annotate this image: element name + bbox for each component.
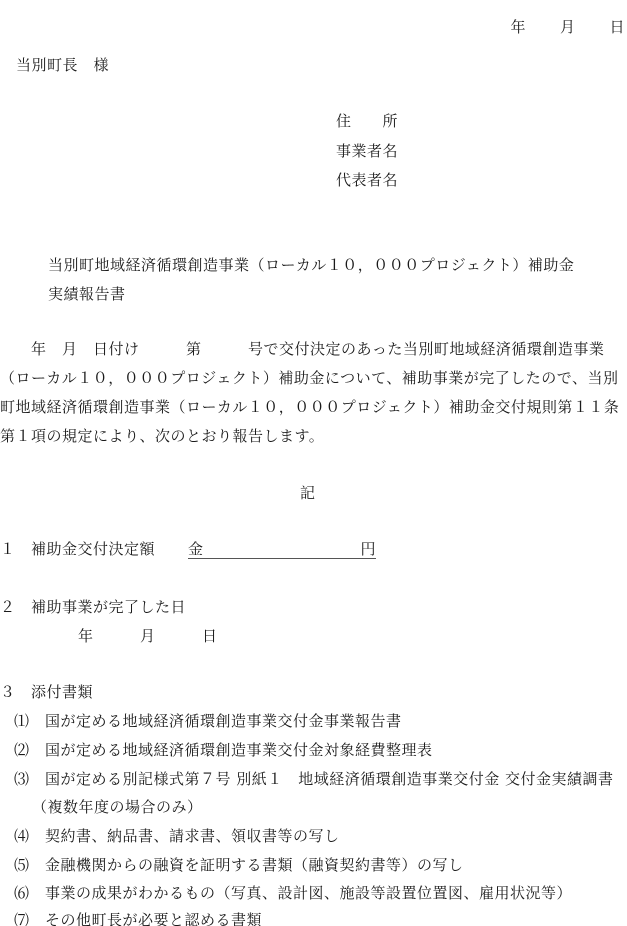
item1-label: １ 補助金交付決定額 [0, 540, 155, 558]
attachment-3-note: （複数年度の場合のみ） [32, 798, 203, 816]
address-label: 住 所 [336, 112, 398, 130]
completion-date: 年 月 日 [78, 627, 218, 645]
document-title-line2: 実績報告書 [48, 285, 126, 303]
body-line-2: （ローカル１０，０００プロジェクト）補助金について、補助事業が完了したので、当別 [0, 369, 619, 387]
body-line-3: 町地域経済循環創造事業（ローカル１０，０００プロジェクト）補助金交付規則第１１条 [0, 398, 619, 416]
date-year: 年 [510, 18, 526, 36]
date-month: 月 [560, 18, 576, 36]
attachment-5: ⑸ 金融機関からの融資を証明する書類（融資契約書等）の写し [14, 856, 464, 874]
document-title: 当別町地域経済循環創造事業（ローカル１０，０００プロジェクト）補助金 [48, 256, 574, 274]
yen-suffix: 円 [360, 540, 376, 558]
attachment-1: ⑴ 国が定める地域経済循環創造事業交付金事業報告書 [14, 712, 402, 730]
item2-label: ２ 補助事業が完了した日 [0, 598, 186, 616]
body-line-4: 第１項の規定により、次のとおり報告します。 [0, 427, 324, 445]
body-line-1: 年 月 日付け 第 号で交付決定のあった当別町地域経済循環創造事業 [0, 340, 604, 358]
attachment-3: ⑶ 国が定める別記様式第７号 別紙１ 地域経済循環創造事業交付金 交付金実績調書 [14, 770, 614, 788]
representative-label: 代表者名 [336, 171, 398, 189]
ki-heading: 記 [300, 484, 316, 502]
addressee: 当別町長 様 [16, 56, 109, 74]
date-day: 日 [609, 18, 625, 36]
attachment-6: ⑹ 事業の成果がわかるもの（写真、設計図、施設等設置位置図、雇用状況等） [14, 884, 572, 902]
item3-label: ３ 添付書類 [0, 683, 93, 701]
date-header: 年月日 [500, 0, 625, 36]
subsidy-amount-field: 金 円 [188, 540, 376, 559]
attachment-2: ⑵ 国が定める地域経済循環創造事業交付金対象経費整理表 [14, 741, 433, 759]
attachment-7: ⑺ その他町長が必要と認める書類 [14, 911, 262, 926]
business-name-label: 事業者名 [336, 142, 398, 160]
kin-prefix: 金 [188, 540, 204, 558]
attachment-4: ⑷ 契約書、納品書、請求書、領収書等の写し [14, 827, 340, 845]
